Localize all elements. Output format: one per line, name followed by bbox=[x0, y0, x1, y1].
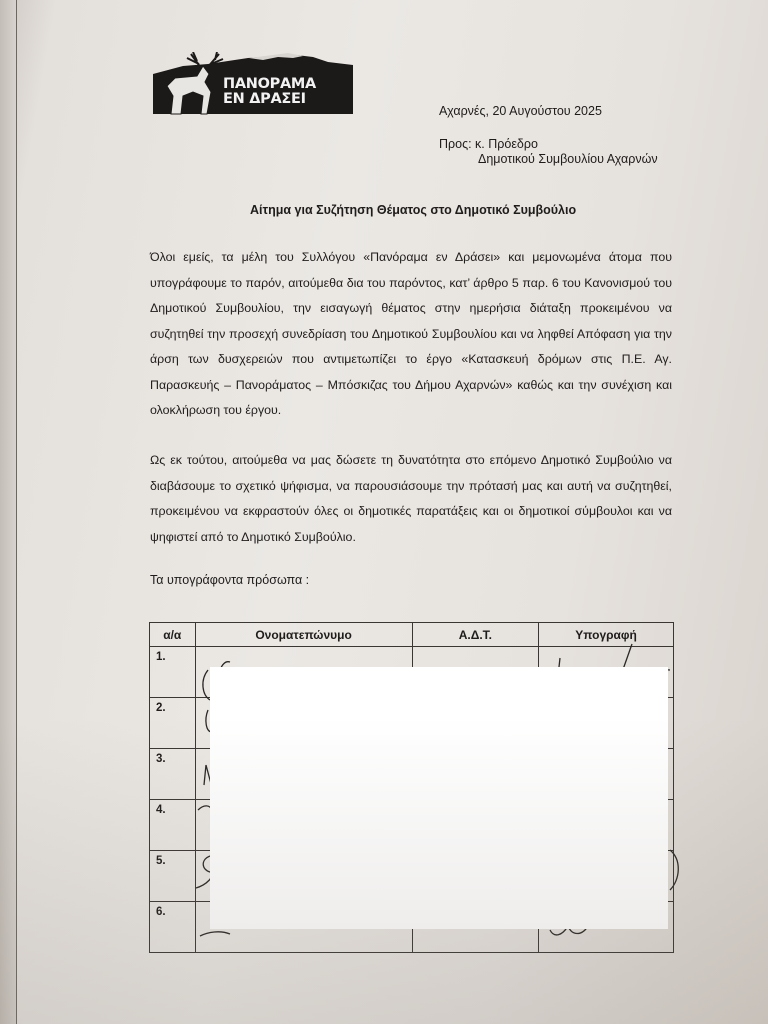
body-paragraph-1: Όλοι εμείς, τα μέλη του Συλλόγου «Πανόρα… bbox=[150, 245, 672, 424]
recipient-line1: Προς: κ. Πρόεδρο bbox=[439, 137, 538, 151]
table-header-row: α/α Ονοματεπώνυμο Α.Δ.Τ. Υπογραφή bbox=[150, 623, 674, 647]
row-number: 6. bbox=[150, 902, 196, 953]
logo-line1: ΠΑΝΟΡΑΜΑ bbox=[223, 77, 316, 92]
logo-line2: ΕΝ ΔΡΑΣΕΙ bbox=[223, 92, 316, 107]
row-number: 4. bbox=[150, 800, 196, 851]
body-paragraph-2: Ως εκ τούτου, αιτούμεθα να μας δώσετε τη… bbox=[150, 448, 672, 550]
document-date: Αχαρνές, 20 Αυγούστου 2025 bbox=[439, 104, 602, 118]
row-number: 1. bbox=[150, 647, 196, 698]
header-full-name: Ονοματεπώνυμο bbox=[195, 623, 412, 647]
recipient-line2: Δημοτικού Συμβουλίου Αχαρνών bbox=[478, 152, 658, 166]
row-number: 2. bbox=[150, 698, 196, 749]
logo-text: ΠΑΝΟΡΑΜΑ ΕΝ ΔΡΑΣΕΙ bbox=[223, 77, 316, 107]
redaction-box bbox=[210, 667, 668, 929]
page-border-line bbox=[16, 0, 17, 1024]
row-number: 5. bbox=[150, 851, 196, 902]
signers-label: Τα υπογράφοντα πρόσωπα : bbox=[150, 573, 309, 587]
row-number: 3. bbox=[150, 749, 196, 800]
document-subject: Αίτημα για Συζήτηση Θέματος στο Δημοτικό… bbox=[250, 203, 576, 217]
organization-logo: ΠΑΝΟΡΑΜΑ ΕΝ ΔΡΑΣΕΙ bbox=[153, 52, 353, 116]
header-id-number: Α.Δ.Τ. bbox=[412, 623, 539, 647]
adjacent-page-edge bbox=[0, 0, 16, 1024]
header-number: α/α bbox=[150, 623, 196, 647]
header-signature: Υπογραφή bbox=[539, 623, 674, 647]
